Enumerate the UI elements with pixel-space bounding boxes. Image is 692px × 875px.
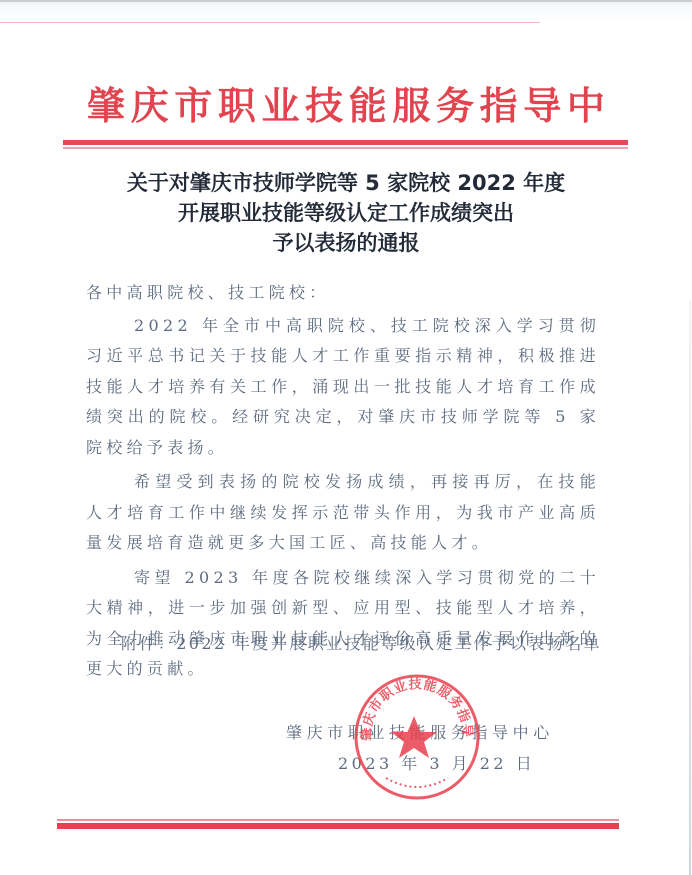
attachment-note: 附件：2022 年度开展职业技能等级认定工作予以表扬名单 (121, 632, 621, 656)
body-paragraph: 寄望 2023 年度各院校继续深入学习贯彻党的二十大精神，进一步加强创新型、应用… (86, 563, 600, 685)
letterhead-char: 务 (435, 80, 475, 132)
title-line: 予以表扬的通报 (60, 228, 632, 258)
document-page: 肇 庆 市 职 业 技 能 服 务 指 导 中 关于对肇庆市技师学院等 5 家院… (0, 0, 692, 875)
letterhead-char: 能 (348, 80, 388, 132)
letterhead-rule-thick (63, 140, 628, 145)
letterhead-char: 业 (261, 80, 301, 132)
letterhead-char: 中 (566, 80, 606, 132)
footer-rule-thick (57, 823, 619, 829)
letterhead-char: 市 (173, 80, 213, 132)
footer-rule-thin (57, 819, 619, 821)
body-paragraph: 2022 年全市中高职院校、技工院校深入学习贯彻习近平总书记关于技能人才工作重要… (86, 311, 600, 464)
letterhead-title: 肇 庆 市 职 业 技 能 服 务 指 导 中 (86, 80, 606, 132)
letterhead-char: 服 (391, 80, 431, 132)
document-body: 各中高职院校、技工院校： 2022 年全市中高职院校、技工院校深入学习贯彻习近平… (86, 278, 600, 685)
letterhead-char: 肇 (86, 80, 126, 132)
scan-artifact-line (0, 22, 540, 23)
body-paragraph: 希望受到表扬的院校发扬成绩，再接再厉，在技能人才培育工作中继续发挥示范带头作用，… (86, 467, 600, 559)
scan-right-edge (689, 300, 691, 875)
scan-top-edge (0, 0, 692, 2)
signature-organization: 肇庆市职业技能服务指导中心 (286, 721, 554, 745)
letterhead-char: 职 (217, 80, 257, 132)
title-line: 开展职业技能等级认定工作成绩突出 (60, 198, 632, 228)
letterhead-char: 技 (304, 80, 344, 132)
title-line: 关于对肇庆市技师学院等 5 家院校 2022 年度 (60, 168, 632, 198)
salutation: 各中高职院校、技工院校： (86, 278, 600, 309)
letterhead-char: 庆 (130, 80, 170, 132)
letterhead-char: 导 (522, 80, 562, 132)
signature-date: 2023 年 3 月 22 日 (338, 752, 535, 776)
letterhead-rule-thin (63, 147, 628, 149)
document-title: 关于对肇庆市技师学院等 5 家院校 2022 年度 开展职业技能等级认定工作成绩… (60, 168, 632, 258)
letterhead-char: 指 (479, 80, 519, 132)
